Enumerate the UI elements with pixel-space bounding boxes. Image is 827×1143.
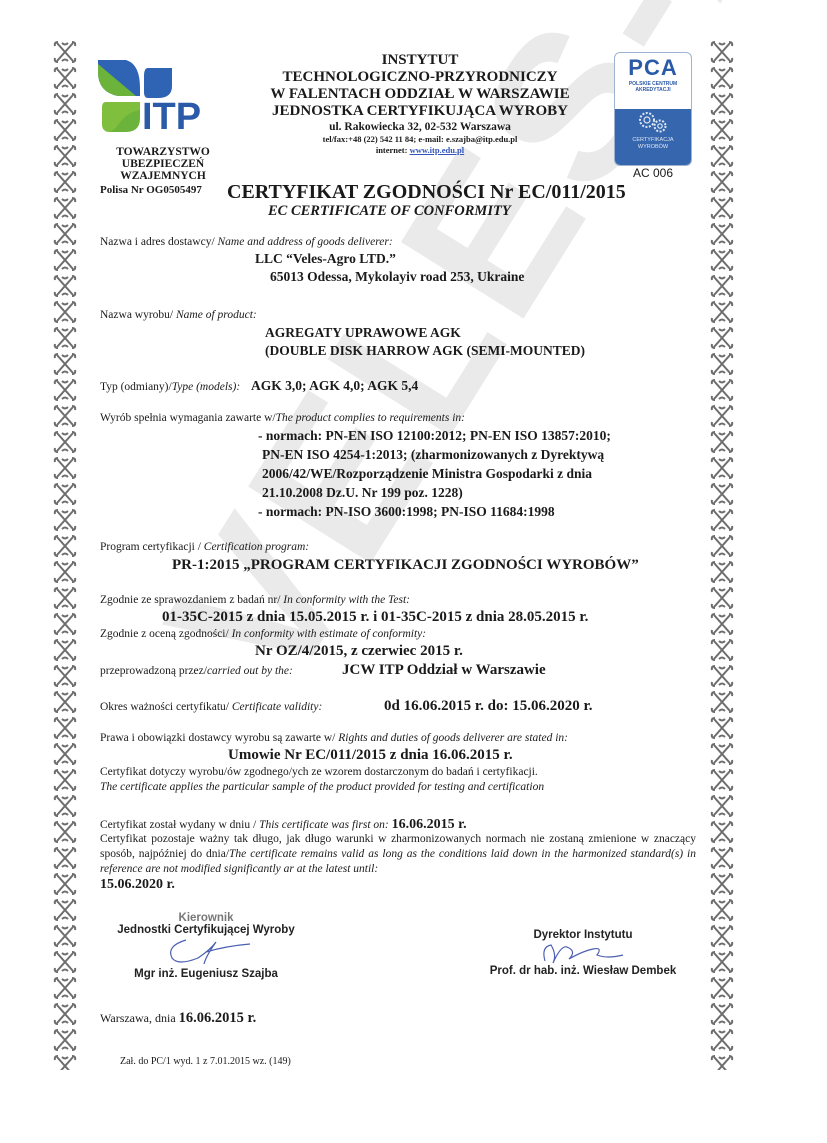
itp-logo-text: ITP: [142, 98, 201, 136]
institute-header: INSTYTUT TECHNOLOGICZNO-PRZYRODNICZY W F…: [240, 52, 600, 156]
label-pl: Zgodnie z oceną zgodności/: [100, 628, 232, 640]
signatory-role: Jednostki Certyfikującej Wyroby: [100, 924, 312, 936]
institute-line: TECHNOLOGICZNO-PRZYRODNICZY: [240, 69, 600, 86]
label-pl: Program certyfikacji /: [100, 541, 204, 553]
label-pl: Wyrób spełnia wymagania zawarte w/: [100, 412, 276, 424]
signature-right: Dyrektor Instytutu Prof. dr hab. inż. Wi…: [468, 929, 698, 977]
requirement-line: 2006/42/WE/Rozporządzenie Ministra Gospo…: [262, 466, 592, 482]
rights-label: Prawa i obowiązki dostawcy wyrobu są zaw…: [100, 732, 568, 744]
label-en: carried out by the:: [207, 665, 293, 677]
requirement-line: - normach: PN-ISO 3600:1998; PN-ISO 1168…: [258, 504, 555, 520]
institute-website-link[interactable]: www.itp.edu.pl: [410, 145, 465, 155]
institute-contact: tel/fax:+48 (22) 542 11 84; e-mail: e.sz…: [240, 134, 600, 145]
label-en: In conformity with the Test:: [283, 594, 410, 606]
label-en: This certificate was first on:: [259, 819, 389, 831]
label-pl: Prawa i obowiązki dostawcy wyrobu są zaw…: [100, 732, 338, 744]
institute-address: ul. Rakowiecka 32, 02-532 Warszawa: [240, 120, 600, 134]
test-value: 01-35C-2015 z dnia 15.05.2015 r. i 01-35…: [162, 609, 588, 626]
applies-en: The certificate applies the particular s…: [100, 781, 544, 793]
program-value: PR-1:2015 „PROGRAM CERTYFIKACJI ZGODNOŚC…: [172, 557, 639, 574]
policy-number: Polisa Nr OG0505497: [100, 184, 202, 196]
place-date-prefix: Warszawa, dnia: [100, 1011, 179, 1025]
requirement-line: - normach: PN-EN ISO 12100:2012; PN-EN I…: [258, 428, 611, 444]
estimate-value: Nr OZ/4/2015, z czerwiec 2015 r.: [255, 643, 463, 660]
institute-internet: internet: www.itp.edu.pl: [240, 145, 600, 156]
test-label: Zgodnie ze sprawozdaniem z badań nr/ In …: [100, 594, 410, 606]
itp-logo: ITP: [96, 58, 211, 138]
institute-line: INSTYTUT: [240, 52, 600, 69]
applies-pl: Certyfikat dotyczy wyrobu/ów zgodnego/yc…: [100, 766, 538, 778]
footer-note: Zał. do PC/1 wyd. 1 z 7.01.2015 wz. (149…: [120, 1056, 291, 1067]
label-en: Certificate validity:: [232, 701, 322, 713]
product-name-en: (DOUBLE DISK HARROW AGK (SEMI-MOUNTED): [265, 343, 585, 359]
issued-date: 16.06.2015 r.: [392, 817, 467, 832]
requirement-line: PN-EN ISO 4254-1:2013; (zharmonizowanych…: [262, 447, 604, 463]
label-pl: Zgodnie ze sprawozdaniem z badań nr/: [100, 594, 283, 606]
signatory-role: Dyrektor Instytutu: [468, 929, 698, 941]
signature-scribble-icon: [523, 941, 643, 965]
carried-out-label: przeprowadzoną przez/carried out by the:: [100, 665, 293, 677]
label-en: Name and address of goods deliverer:: [218, 236, 393, 248]
estimate-label: Zgodnie z oceną zgodności/ In conformity…: [100, 628, 426, 640]
certificate-title: CERTYFIKAT ZGODNOŚCI Nr EC/011/2015: [227, 181, 626, 204]
signature-left: Kierownik Jednostki Certyfikującej Wyrob…: [100, 912, 312, 980]
accreditation-code: AC 006: [614, 166, 692, 180]
label-en: Rights and duties of goods deliverer are…: [338, 732, 568, 744]
validity-clause: Certyfikat pozostaje ważny tak długo, ja…: [100, 832, 696, 893]
type-label: Typ (odmiany)/Type (models):: [100, 381, 240, 393]
label-en: Type (models):: [172, 381, 240, 393]
requirements-label: Wyrób spełnia wymagania zawarte w/The pr…: [100, 412, 465, 424]
institute-line: W FALENTACH ODDZIAŁ W WARSZAWIE: [240, 86, 600, 103]
certificate-subtitle: EC CERTIFICATE OF CONFORMITY: [268, 203, 511, 220]
signature-scribble-icon: [146, 936, 266, 968]
program-label: Program certyfikacji / Certification pro…: [100, 541, 309, 553]
pca-subtitle: POLSKIE CENTRUM AKREDYTACJI: [615, 81, 691, 93]
place-date-value: 16.06.2015 r.: [179, 1010, 257, 1026]
validity-label: Okres ważności certyfikatu/ Certificate …: [100, 701, 322, 713]
certificate-page: VELES-AGRO ITP TOWARZYSTWO UBEZPIECZEŃ W…: [0, 0, 827, 1143]
signatory-role: Kierownik: [100, 912, 312, 924]
label-pl: Nazwa wyrobu/: [100, 309, 173, 321]
signatory-name: Mgr inż. Eugeniusz Szajba: [100, 968, 312, 980]
pca-cert-text: CERTYFIKACJA WYROBÓW: [615, 137, 691, 151]
deliverer-address: 65013 Odessa, Mykolayiv road 253, Ukrain…: [270, 269, 524, 285]
label-en: The product complies to requirements in:: [276, 412, 465, 424]
label-pl: Typ (odmiany)/: [100, 381, 172, 393]
type-models: AGK 3,0; AGK 4,0; AGK 5,4: [251, 378, 418, 394]
requirement-line: 21.10.2008 Dz.U. Nr 199 poz. 1228): [262, 485, 463, 501]
pca-word: PCA: [615, 53, 691, 81]
rights-value: Umowie Nr EC/011/2015 z dnia 16.06.2015 …: [228, 747, 513, 764]
pca-accreditation-badge: PCA POLSKIE CENTRUM AKREDYTACJI CERTYFIK…: [614, 52, 692, 166]
gears-icon: [633, 109, 673, 135]
deliverer-label: Nazwa i adres dostawcy/ Name and address…: [100, 236, 393, 248]
label-en: Name of product:: [176, 309, 257, 321]
internet-label: internet:: [376, 145, 408, 155]
institute-line: JEDNOSTKA CERTYFIKUJĄCA WYROBY: [240, 103, 600, 120]
label-en: In conformity with estimate of conformit…: [232, 628, 427, 640]
valid-until-date: 15.06.2020 r.: [100, 877, 175, 892]
signatory-name: Prof. dr hab. inż. Wiesław Dembek: [468, 965, 698, 977]
insurer-block: TOWARZYSTWO UBEZPIECZEŃ WZAJEMNYCH: [98, 146, 228, 182]
label-en: Certification program:: [204, 541, 309, 553]
label-pl: Nazwa i adres dostawcy/: [100, 236, 215, 248]
label-pl: przeprowadzoną przez/: [100, 665, 207, 677]
insurer-line: WZAJEMNYCH: [98, 170, 228, 182]
product-name-pl: AGREGATY UPRAWOWE AGK: [265, 325, 461, 341]
insurer-line: TOWARZYSTWO: [98, 146, 228, 158]
carried-out-value: JCW ITP Oddział w Warszawie: [342, 662, 546, 679]
issued-label: Certyfikat został wydany w dniu / This c…: [100, 817, 467, 833]
product-label: Nazwa wyrobu/ Name of product:: [100, 309, 257, 321]
label-pl: Okres ważności certyfikatu/: [100, 701, 232, 713]
label-pl: Certyfikat został wydany w dniu /: [100, 819, 259, 831]
validity-value: 0d 16.06.2015 r. do: 15.06.2020 r.: [384, 698, 593, 715]
deliverer-name: LLC “Veles-Agro LTD.”: [255, 251, 396, 267]
place-date: Warszawa, dnia 16.06.2015 r.: [100, 1010, 256, 1027]
insurer-line: UBEZPIECZEŃ: [98, 158, 228, 170]
